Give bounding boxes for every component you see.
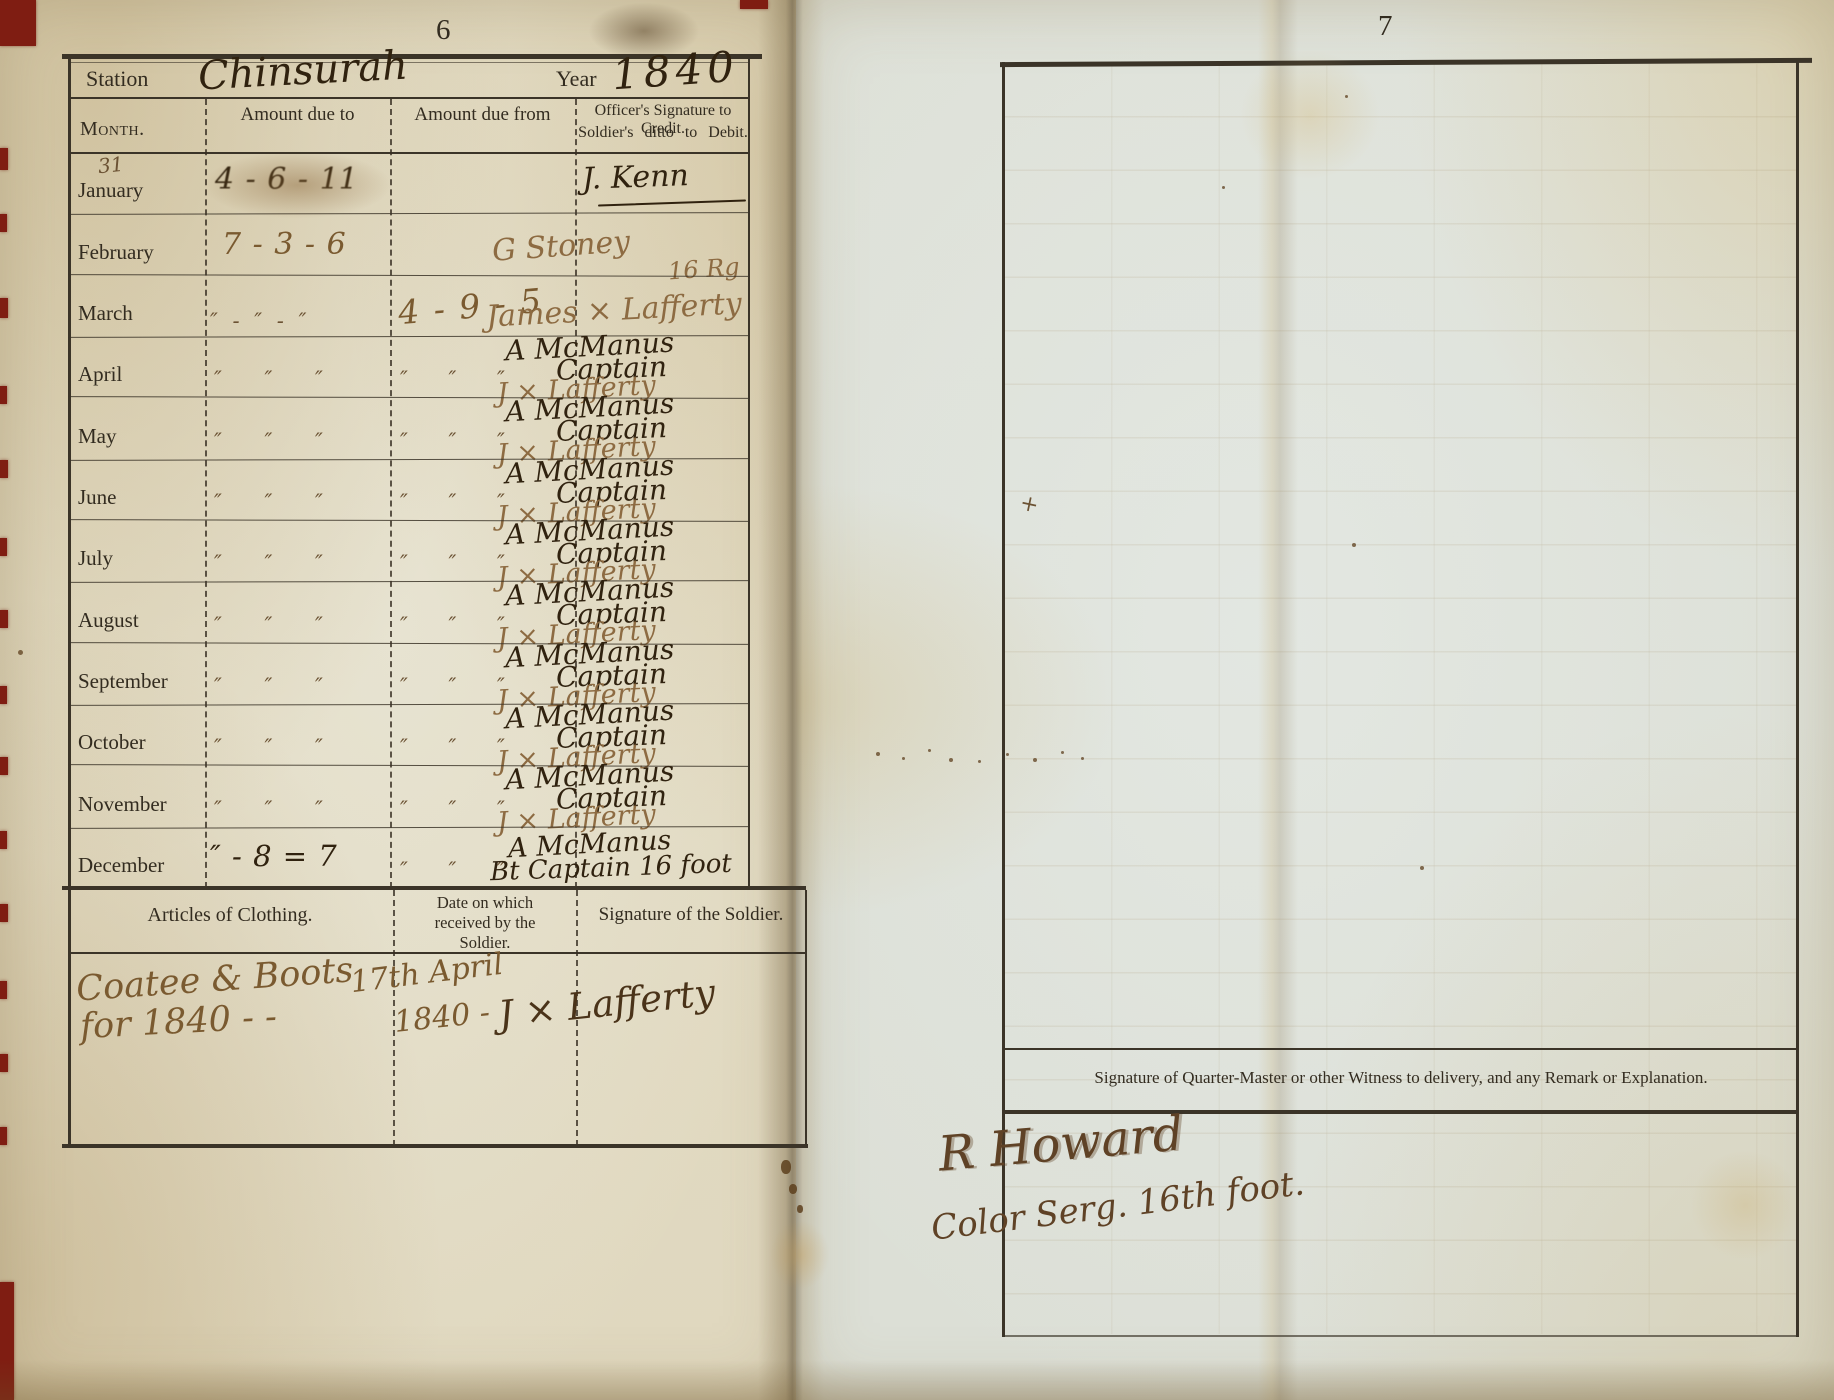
month-label: April	[78, 362, 122, 387]
month-label: October	[78, 730, 146, 755]
page-number-left: 6	[436, 14, 451, 47]
scanned-ledger-spread: 6 7 Station Chinsurah Year 1840 Month. A…	[0, 0, 1834, 1400]
book-cover-edge-mark	[0, 1282, 14, 1400]
amount-due-to-value: ″ ″ ″	[214, 429, 323, 453]
month-label: December	[78, 853, 164, 878]
gutter-ink-spot	[797, 1205, 803, 1213]
year-label: Year	[556, 66, 597, 92]
amount-due-from-value: ″ ″ ″	[400, 429, 505, 453]
ink-speckle	[1345, 95, 1348, 98]
ink-speckle	[1033, 758, 1037, 762]
ink-speckle	[876, 752, 880, 756]
ink-speckle	[1061, 751, 1064, 754]
month-note-handwritten: 31	[97, 152, 125, 179]
left-table-bottom-border	[62, 1144, 808, 1148]
station-row-divider	[68, 97, 750, 99]
ink-speckle	[928, 749, 931, 752]
officer-signature-line: 16 Rg	[667, 253, 740, 286]
amount-due-to-value: ″ ″ ″	[214, 735, 323, 759]
ink-speckle	[18, 650, 23, 655]
gutter-ink-spot	[789, 1184, 797, 1194]
book-cover-edge-mark	[0, 0, 36, 46]
book-cover-edge-mark	[0, 538, 7, 556]
clothing-right-border	[805, 890, 807, 1146]
amount-due-to-value: 7 - 3 - 6	[222, 227, 346, 262]
gutter-ink-spot	[781, 1160, 791, 1174]
articles-of-clothing-header: Articles of Clothing.	[70, 904, 390, 927]
month-label: May	[78, 424, 117, 449]
book-cover-edge-mark	[0, 686, 7, 704]
ink-speckle	[1420, 866, 1424, 870]
ink-speckle	[902, 757, 905, 760]
ink-speckle	[978, 760, 981, 763]
book-cover-edge-mark	[740, 0, 768, 9]
qm-row-top-rule	[1002, 1048, 1798, 1050]
book-cover-edge-mark	[0, 1127, 7, 1145]
book-cover-edge-mark	[0, 904, 8, 922]
right-box-right-border	[1796, 62, 1799, 1337]
column-divider-2	[390, 99, 392, 888]
book-cover-edge-mark	[0, 610, 8, 628]
amount-due-from-value: ″ ″ ″	[400, 490, 505, 514]
book-cover-edge-mark	[0, 981, 7, 999]
officer-signature-header-line2: Soldier's ditto to Debit.	[578, 124, 748, 142]
month-label: July	[78, 546, 113, 571]
book-cover-edge-mark	[0, 460, 8, 478]
month-label: September	[78, 669, 168, 694]
amount-due-to-value: ″ ″ ″	[214, 490, 323, 514]
right-box-bottom-border	[1002, 1335, 1798, 1337]
date-received-header-line1: Date on which	[396, 893, 574, 913]
amount-due-from-value: ″ ″ ″	[400, 367, 505, 391]
book-cover-edge-mark	[0, 214, 7, 232]
book-cover-edge-mark	[0, 831, 7, 849]
month-label: November	[78, 792, 167, 817]
ink-speckle	[1222, 186, 1225, 189]
column-divider-1	[205, 99, 207, 888]
month-label: June	[78, 485, 117, 510]
ink-speckle	[1352, 543, 1356, 547]
officer-signature-line: J. Kenn	[581, 158, 689, 197]
ink-speckle	[949, 758, 953, 762]
header-row-divider	[68, 152, 750, 154]
book-cover-edge-mark	[0, 1054, 8, 1072]
due-from-column-header: Amount due from	[392, 104, 573, 126]
station-label: Station	[86, 66, 148, 92]
left-table-left-border	[68, 56, 71, 1146]
page-number-right: 7	[1378, 10, 1393, 43]
book-cover-edge-mark	[0, 757, 8, 775]
amount-due-from-value: ″ ″ ″	[400, 613, 505, 637]
month-label: January	[78, 178, 143, 203]
book-cover-edge-mark	[0, 298, 8, 318]
amount-due-from-value: ″ ″ ″	[400, 797, 505, 821]
month-label: March	[78, 301, 133, 326]
amount-due-from-value: ″ ″ ″	[400, 674, 505, 698]
quartermaster-witness-header: Signature of Quarter-Master or other Wit…	[1008, 1068, 1794, 1088]
amount-due-to-value: ″ ″ ″	[214, 551, 323, 575]
month-label: February	[78, 240, 154, 265]
amount-due-to-value: ″ - 8 = 7	[210, 839, 337, 873]
amount-due-to-value: ″ ″ ″	[214, 367, 323, 391]
left-page-paper	[0, 0, 796, 1400]
book-cover-edge-mark	[0, 386, 7, 404]
month-column-header: Month.	[80, 118, 145, 141]
due-to-column-header: Amount due to	[207, 104, 388, 126]
month-label: August	[78, 608, 139, 633]
signature-of-soldier-header: Signature of the Soldier.	[580, 904, 802, 926]
date-received-header-line2: received by the	[396, 913, 574, 933]
right-page-paper	[796, 0, 1834, 1400]
amount-due-from-value: ″ ″ ″	[400, 735, 505, 759]
book-cover-edge-mark	[0, 148, 8, 170]
amount-due-to-value: ″ - ″ - ″	[210, 309, 306, 333]
amount-due-to-value: 4 - 6 - 11	[215, 162, 358, 197]
ink-speckle	[1081, 757, 1084, 760]
year-value-handwritten: 1840	[610, 42, 740, 100]
amount-due-to-value: ″ ″ ″	[214, 674, 323, 698]
clothing-section-top-rule	[62, 886, 806, 890]
ink-speckle	[1006, 753, 1009, 756]
amount-due-from-value: ″ ″ ″	[400, 551, 505, 575]
amount-due-to-value: ″ ″ ″	[214, 613, 323, 637]
amount-due-to-value: ″ ″ ″	[214, 797, 323, 821]
